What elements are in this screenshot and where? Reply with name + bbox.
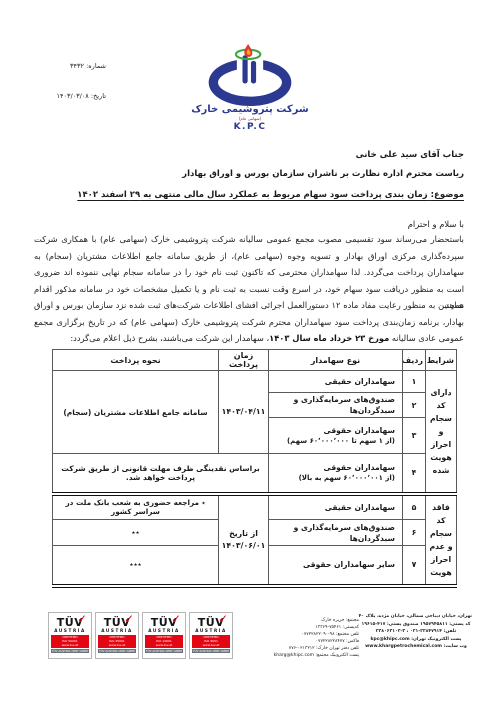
website: وب سایت: www.khargpetrochemical.com [360, 643, 472, 651]
payment-method-note: ٭٭٭ [53, 546, 219, 586]
row-no: ۷ [403, 546, 426, 586]
header-row-no: ردیف [403, 350, 426, 371]
tehran-contact-block: تهران، خیابان دیباجی شمالی، خیابان مژده،… [360, 613, 472, 651]
letter-date-label: تاریخ: [91, 92, 106, 100]
complex-email: پست الکترونیک مجتمع: kharg@khipc.com [283, 652, 359, 659]
letter-number-value: ۳۴۳۲ [70, 62, 84, 70]
table-header-row: شرایط ردیف نوع سهامدار زمان پرداخت نحوه … [53, 350, 457, 371]
payment-method-bank: ٭ مراجعه حضوری به شعب بانک ملت در سراسر … [53, 494, 219, 520]
subject-label: موضوع: [431, 190, 464, 200]
letter-date-value: ۱۴۰۳/۰۳/۰۸ [56, 92, 88, 100]
payment-time: ۱۴۰۳/۰۴/۱۱ [219, 371, 269, 454]
tuv-checkmark-icon: ✓ [124, 613, 134, 625]
tuv-site-text: www.tuv.at [192, 644, 230, 648]
letter-meta: شماره: ۳۴۳۲ تاریخ: ۱۴۰۳/۰۳/۰۸ [36, 61, 106, 121]
complex-phone: تلفن مجتمع: ۹۸-۰۷۷۲۲۸۲۲۰۹۰ [283, 631, 359, 638]
company-logo: شرکت پتروشیمی خارک (سهامی عام) K.P.C [190, 44, 310, 132]
payment-method-sejam: سامانه جامع اطلاعات مشتریان (سجام) [53, 371, 219, 454]
table-row: فاقد کد سجام و عدم احراز هویت ۵ سهامدارا… [53, 494, 457, 520]
shareholder-type: سهامداران حقیقی [269, 371, 403, 393]
tuv-strip-text: TÜV AUSTRIA CERT GMBH [192, 649, 230, 653]
shareholder-type: سهامداران حقیقی [269, 494, 403, 520]
tehran-address: تهران، خیابان دیباجی شمالی، خیابان مژده،… [360, 613, 472, 621]
recipient-title: ریاست محترم اداره نظارت بر ناشران سازمان… [182, 165, 464, 184]
payment-method-note: ٭٭ [53, 520, 219, 546]
complex-contact-block: مجتمع: جزیره خارک کدپستی: ۷۵۴۶۱-۱۳۳۶۹ تل… [283, 617, 359, 659]
complex-fax: فاکس: ۰۷۷۲۲۸۲۲۸۴۷۷ [283, 638, 359, 645]
shareholder-type: صندوق‌های سرمایه‌گذاری و سبدگردان‌ها [269, 393, 403, 418]
recipient-name: جناب آقای سید علی خانی [182, 146, 464, 165]
row-no: ۳ [403, 418, 426, 454]
header-conditions: شرایط [426, 350, 457, 371]
tuv-cert-banner: CERTIFIED ISO 14001 www.tuv.at [145, 635, 183, 648]
shareholder-type-range: (از ۶۰٬۰۰۰٬۰۰۱ سهم به بالا) [271, 473, 395, 484]
shareholder-type: سایر سهامداران حقوقی [269, 546, 403, 586]
condition-has-sejam: دارای کد سجام و احراز هویت شده [426, 371, 457, 494]
subject-line: موضوع: زمان بندی پرداخت سود سهام مربوط ب… [77, 190, 464, 200]
condition-no-sejam: فاقد کد سجام و عدم احراز هویت [426, 494, 457, 586]
tuv-cert-banner: CERTIFIED ISO 9001 www.tuv.at [192, 635, 230, 648]
payment-schedule-table: شرایط ردیف نوع سهامدار زمان پرداخت نحوه … [52, 349, 457, 588]
tuv-strip-text: TÜV AUSTRIA CERT GMBH [98, 649, 136, 653]
subject-text: زمان بندی پرداخت سود سهام مربوط به عملکر… [77, 190, 427, 200]
tehran-postal-code: کد پستی: ۱۹۵۷۹۴۵۸۱۱ صندوق پستی: ۴۱۷-۱۹۶۱… [360, 621, 472, 629]
shareholder-type-main: سهامداران حقوقی [324, 463, 395, 472]
shareholder-type: سهامداران حقوقی (از ۱ سهم تا ۶۰٬۰۰۰٬۰۰۰ … [269, 418, 403, 454]
header-shareholder-type: نوع سهامدار [269, 350, 403, 371]
payment-time-from: از تاریخ ۱۴۰۳/۰۶/۰۱ [219, 494, 269, 586]
tuv-site-text: www.tuv.at [51, 644, 89, 648]
recipient-block: جناب آقای سید علی خانی ریاست محترم اداره… [182, 146, 464, 184]
tuv-cert-banner: CERTIFIED ISO 45001 www.tuv.at [98, 635, 136, 648]
company-name-en: K.P.C [190, 122, 310, 132]
tuv-austria-logo-2: TÜV✓ AUSTRIA CERTIFIED ISO 14001 www.tuv… [142, 612, 186, 659]
company-name-fa: شرکت پتروشیمی خارک [190, 104, 310, 115]
tuv-austria-logo-4: TÜV✓ AUSTRIA CERTIFIED ISO 50001 www.tuv… [48, 612, 92, 659]
complex-name: مجتمع: جزیره خارک [283, 617, 359, 624]
complex-postal-code: کدپستی: ۷۵۴۶۱-۱۳۳۶۹ [283, 624, 359, 631]
tuv-site-text: www.tuv.at [145, 644, 183, 648]
row-no: ۱ [403, 371, 426, 393]
header-payment-method: نحوه پرداخت [53, 350, 219, 371]
body-paragraph-2: همچنین به منظور رعایت مفاد ماده ۱۲ دستور… [34, 297, 464, 347]
tehran-phone: تلفن: ۲۲۸۴۷۹۱۴-۰۲۱ ، ۳-۲۲۸۰۶۲۱۰۲ [360, 628, 472, 636]
table-row: ۴ سهامداران حقوقی (از ۶۰٬۰۰۰٬۰۰۱ سهم به … [53, 454, 457, 494]
complex-tehran-phone: تلفن دفتر تهران خارک: ۰۲۱۳۲۱۲-۷۷۶ [283, 645, 359, 652]
row-no: ۵ [403, 494, 426, 520]
tuv-checkmark-icon: ✓ [171, 613, 181, 625]
letter-date: تاریخ: ۱۴۰۳/۰۳/۰۸ [36, 91, 106, 121]
tuv-site-text: www.tuv.at [98, 644, 136, 648]
letter-page: شماره: ۳۴۳۲ تاریخ: ۱۴۰۳/۰۳/۰۸ شرکت پتروش… [0, 0, 500, 707]
certification-logos: TÜV✓ AUSTRIA CERTIFIED ISO 9001 www.tuv.… [48, 612, 233, 659]
tehran-email: پست الکترونیک تهران: kpc@khipc.com [360, 636, 472, 644]
table-row: دارای کد سجام و احراز هویت شده ۱ سهامدار… [53, 371, 457, 393]
shareholder-type: سهامداران حقوقی (از ۶۰٬۰۰۰٬۰۰۱ سهم به با… [269, 454, 403, 494]
tuv-checkmark-icon: ✓ [218, 613, 228, 625]
tuv-austria-logo-3: TÜV✓ AUSTRIA CERTIFIED ISO 45001 www.tuv… [95, 612, 139, 659]
tuv-strip-text: TÜV AUSTRIA CERT GMBH [145, 649, 183, 653]
kpc-emblem-icon [202, 44, 298, 106]
tuv-checkmark-icon: ✓ [77, 613, 87, 625]
header-payment-time: زمان پرداخت [219, 350, 269, 371]
salutation: با سلام و احترام [408, 219, 464, 229]
letter-number-label: شماره: [86, 62, 106, 70]
paragraph-2-bold-date: مورخ ۲۳ خرداد ماه سال ۱۴۰۳ [269, 333, 389, 343]
shareholder-type: صندوق‌های سرمایه‌گذاری و سبدگردان‌ها [269, 520, 403, 546]
paragraph-2-text-b: ، سهامدار این شرکت می‌باشند، بشرح ذیل اع… [70, 333, 269, 343]
row-no: ۶ [403, 520, 426, 546]
tuv-austria-logo-1: TÜV✓ AUSTRIA CERTIFIED ISO 9001 www.tuv.… [189, 612, 233, 659]
tuv-cert-banner: CERTIFIED ISO 50001 www.tuv.at [51, 635, 89, 648]
shareholder-type-main: سهامداران حقوقی [324, 426, 395, 435]
tuv-strip-text: TÜV AUSTRIA CERT GMBH [51, 649, 89, 653]
row-no: ۲ [403, 393, 426, 418]
shareholder-type-range: (از ۱ سهم تا ۶۰٬۰۰۰٬۰۰۰ سهم) [271, 436, 395, 447]
row-no: ۴ [403, 454, 426, 494]
letter-number: شماره: ۳۴۳۲ [36, 61, 106, 91]
company-type: (سهامی عام) [190, 116, 310, 121]
payment-method-liquidity: براساس نقدینگی ظرف مهلت قانونی از طریق ش… [53, 454, 269, 494]
